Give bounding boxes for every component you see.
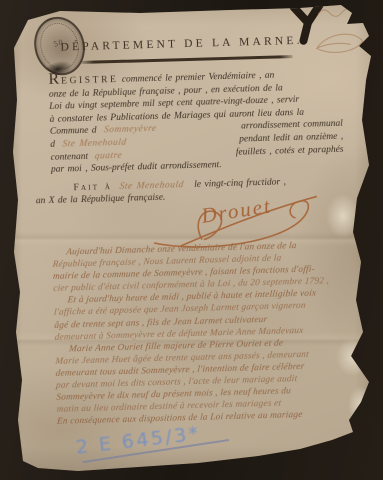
paper-sheet: 50 DÉPARTEMENT DE LA MARNE. REGISTRE com… — [0, 0, 383, 480]
title-rule — [81, 55, 293, 64]
handwritten-annotation-squiggle — [311, 1, 375, 65]
register-word: EGISTRE — [61, 75, 119, 87]
drop-cap: R — [48, 71, 61, 88]
manuscript-body: Aujourd'hui Dimanche onze vendémiaire de… — [52, 238, 365, 428]
printed-fragment: d — [50, 139, 55, 152]
handwritten-folio-count: quatre — [94, 149, 123, 162]
handwritten-arrondissement-name: Ste Menehould — [61, 137, 127, 151]
handwritten-commune-name: Sommeyèvre — [103, 123, 157, 137]
document-title: DÉPARTEMENT DE LA MARNE. — [60, 35, 300, 54]
scanned-register-photo: 50 DÉPARTEMENT DE LA MARNE. REGISTRE com… — [0, 0, 383, 480]
page-content: 50 DÉPARTEMENT DE LA MARNE. REGISTRE com… — [0, 0, 383, 480]
left-edge-tear — [1, 288, 12, 315]
printed-fragment: contenant — [50, 150, 88, 164]
fait-label: Fait à — [73, 181, 112, 195]
